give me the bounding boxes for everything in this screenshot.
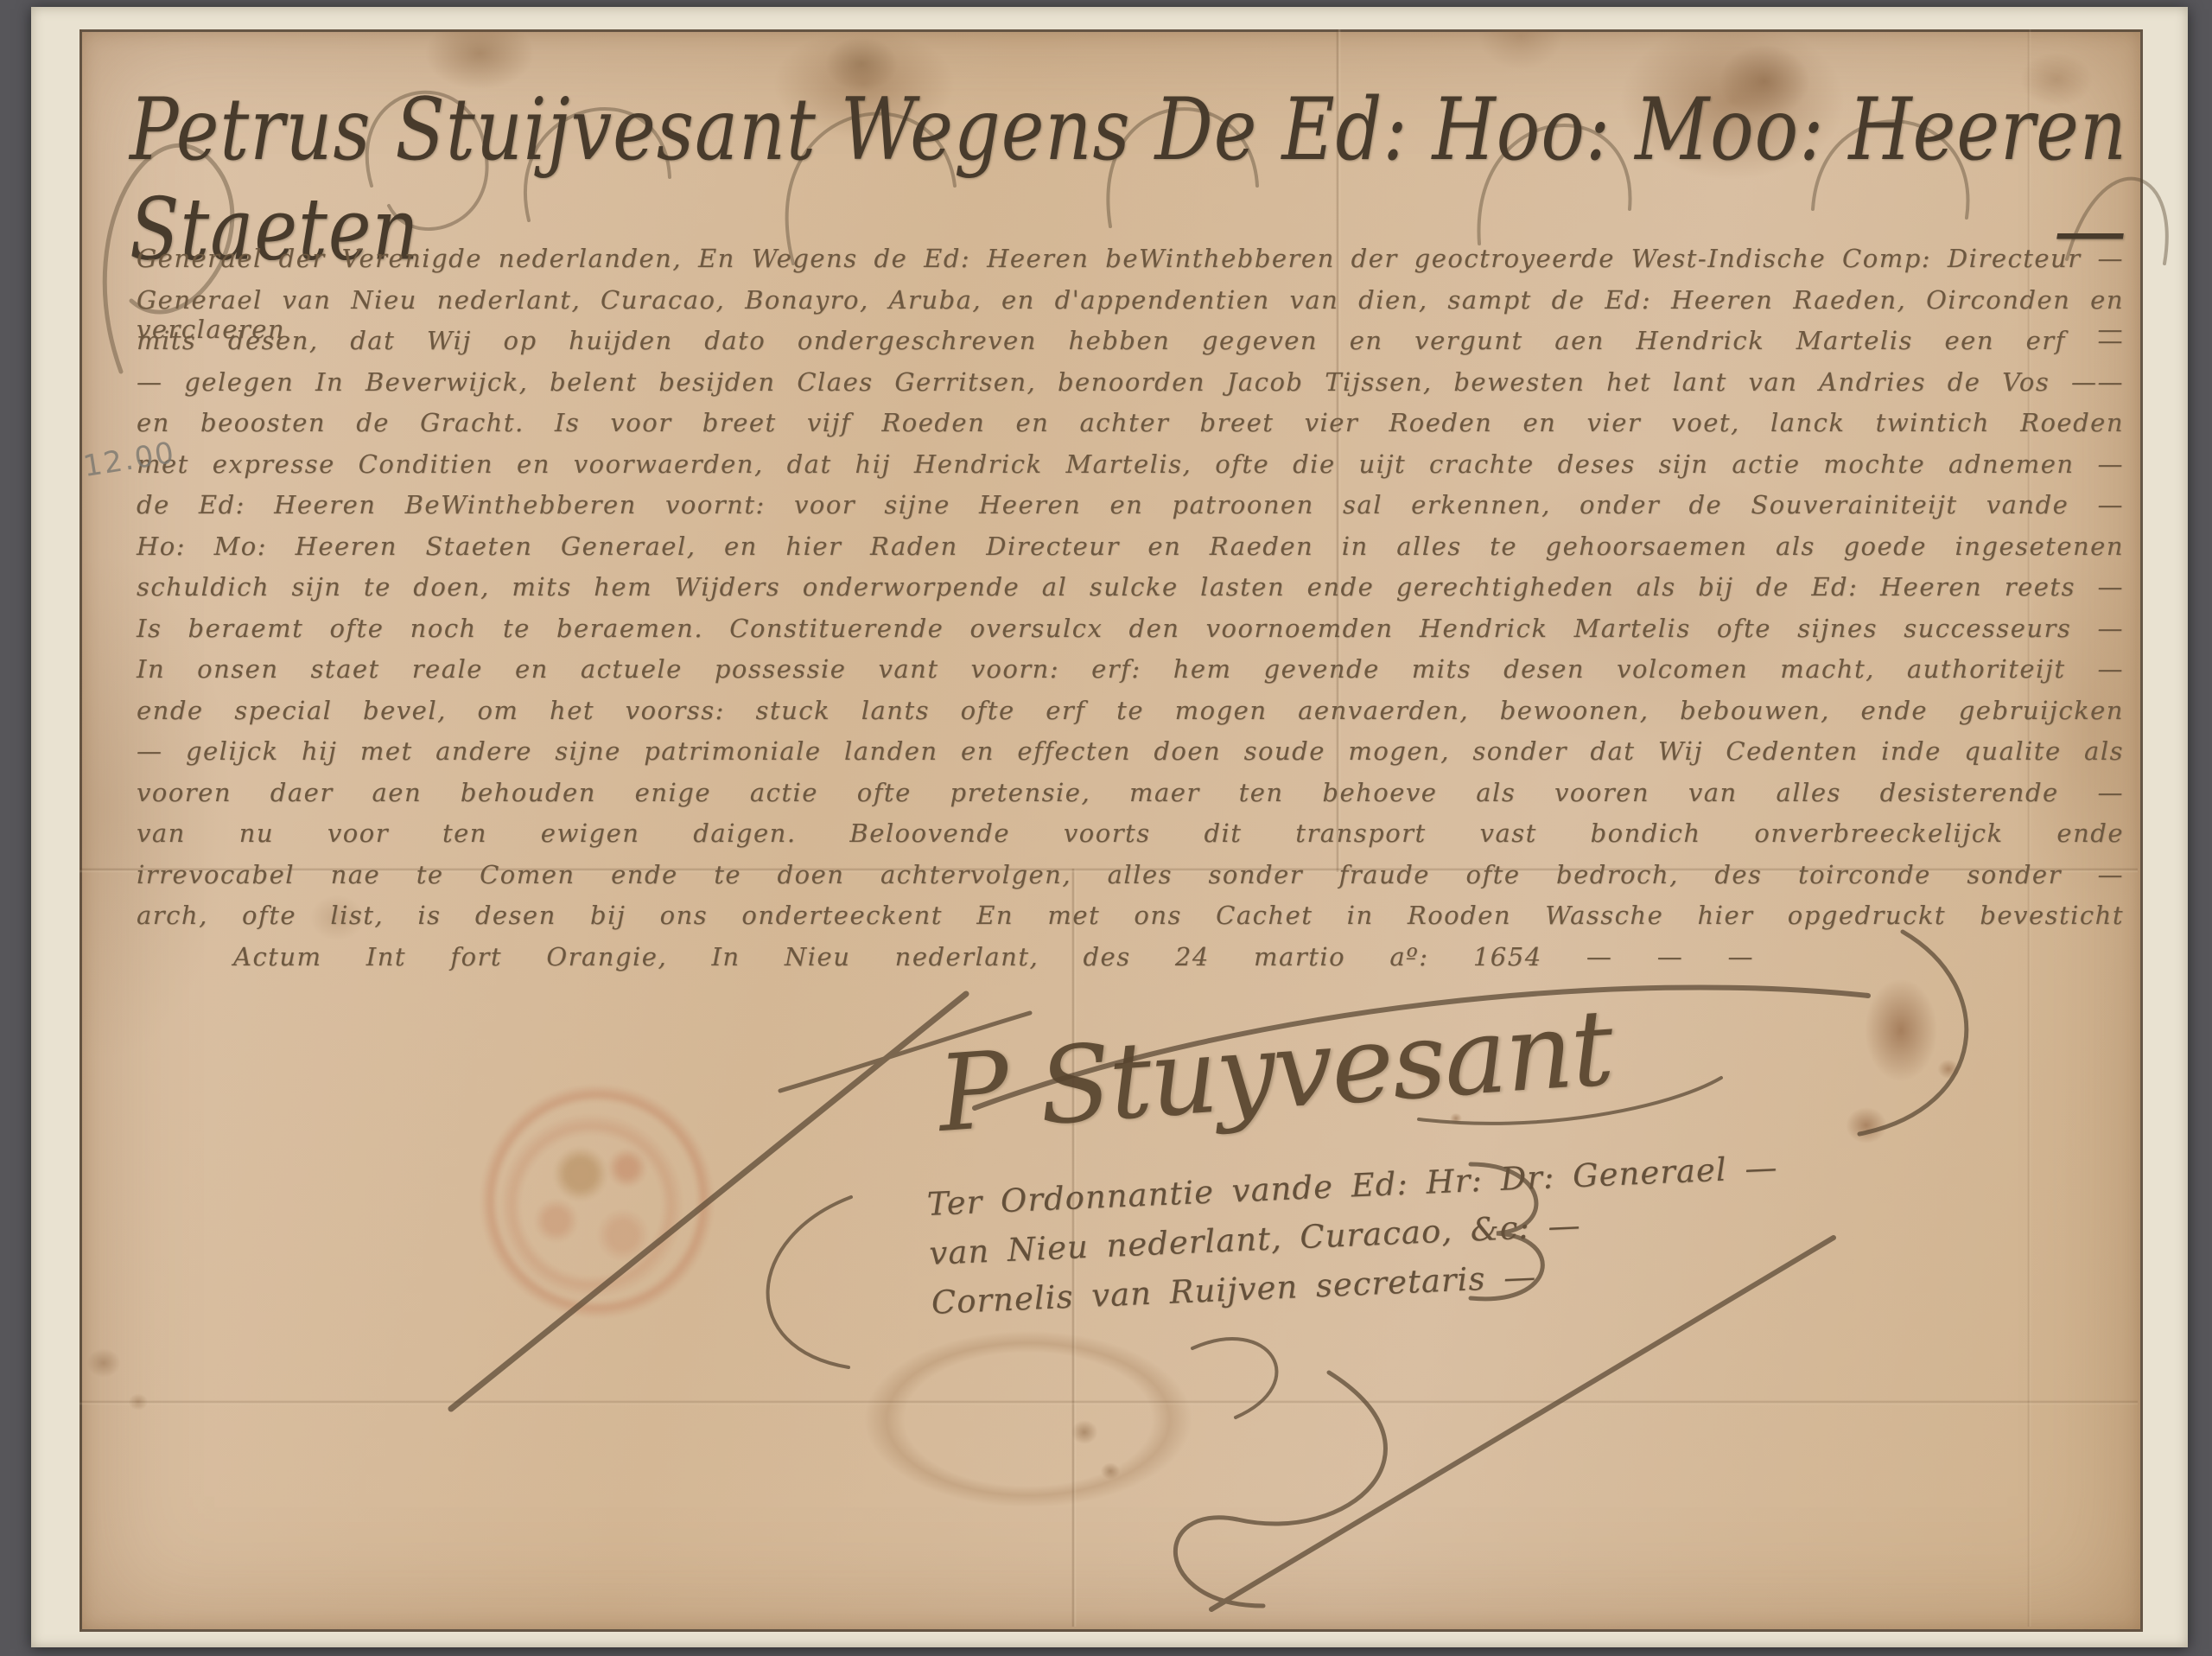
body-line: In onsen staet reale en actuele possessi… [137,654,2124,696]
body-line: de Ed: Heeren BeWinthebberen voornt: voo… [137,490,2124,532]
body-line: — gelegen In Beverwijck, belent besijden… [137,367,2124,409]
body-line: schuldich sijn te doen, mits hem Wijders… [137,572,2124,614]
body-line: Is beraemt ofte noch te beraemen. Consti… [137,614,2124,655]
body-line: Generael van Nieu nederlant, Curacao, Bo… [137,285,2124,327]
body-line: en beoosten de Gracht. Is voor breet vij… [137,408,2124,449]
body-line: mits desen, dat Wij op huijden dato onde… [137,326,2124,367]
body-line: vooren daer aen behouden enige actie oft… [137,778,2124,819]
body-line: Ho: Mo: Heeren Staeten Generael, en hier… [137,532,2124,573]
body-line-dateline: Actum Int fort Orangie, In Nieu nederlan… [233,942,1754,984]
body-text: Generael der Verenigde nederlanden, En W… [137,244,2124,983]
body-line: ende special bevel, om het voorss: stuck… [137,696,2124,737]
body-line: Generael der Verenigde nederlanden, En W… [137,244,2124,285]
body-line: arch, ofte list, is desen bij ons ondert… [137,901,2124,942]
body-line: — gelijck hij met andere sijne patrimoni… [137,736,2124,778]
manuscript-scan: Petrus Stuijvesant Wegens De Ed: Hoo: Mo… [0,0,2212,1656]
body-line: irrevocabel nae te Comen ende te doen ac… [137,860,2124,901]
body-line: met expresse Conditien en voorwaerden, d… [137,449,2124,491]
body-line: van nu voor ten ewigen daigen. Beloovend… [137,818,2124,860]
